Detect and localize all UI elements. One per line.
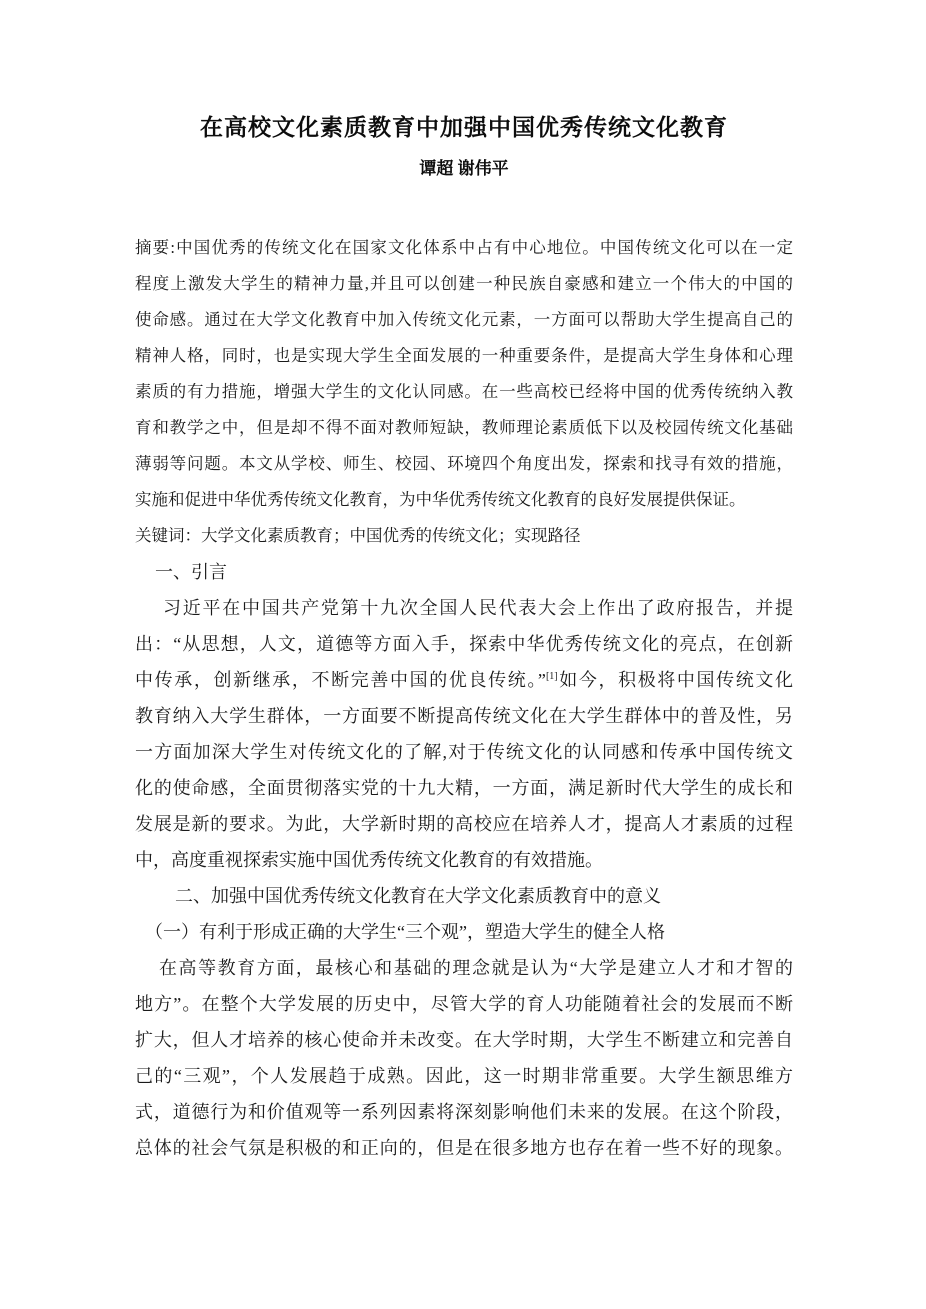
paragraph-line: 中，高度重视探索实施中国优秀传统文化教育的有效措施。 (135, 842, 793, 878)
introduction-paragraph: 习近平在中国共产党第十九次全国人民代表大会上作出了政府报告，并提 出：“从思想，… (135, 590, 793, 878)
section-heading-introduction: 一、引言 (135, 554, 793, 590)
paragraph-line: 教育纳入大学生群体，一方面要不断提高传统文化在大学生群体中的普及性，另 (135, 698, 793, 734)
abstract-line: 摘要:中国优秀的传统文化在国家文化体系中占有中心地位。中国传统文化可以在一定 (135, 230, 793, 266)
paragraph-line: 总体的社会气氛是积极的和正向的，但是在很多地方也存在着一些不好的现象。 (135, 1130, 793, 1166)
paper-title: 在高校文化素质教育中加强中国优秀传统文化教育 (135, 112, 793, 144)
section-heading-significance: 二、加强中国优秀传统文化教育在大学文化素质教育中的意义 (135, 878, 793, 914)
abstract-line: 程度上激发大学生的精神力量,并且可以创建一种民族自豪感和建立一个伟大的中国的 (135, 266, 793, 302)
paragraph-line: 习近平在中国共产党第十九次全国人民代表大会上作出了政府报告，并提 (135, 590, 793, 626)
abstract-line: 使命感。通过在大学文化教育中加入传统文化元素，一方面可以帮助大学生提高自己的 (135, 302, 793, 338)
document-content: 在高校文化素质教育中加强中国优秀传统文化教育 谭超 谢伟平 摘要:中国优秀的传统… (135, 0, 793, 1166)
citation-ref-1: [1] (546, 671, 558, 682)
paragraph-line: 一方面加深大学生对传统文化的了解,对于传统文化的认同感和传承中国传统文 (135, 734, 793, 770)
document-page: 在高校文化素质教育中加强中国优秀传统文化教育 谭超 谢伟平 摘要:中国优秀的传统… (0, 0, 926, 1309)
abstract-line: 育和教学之中，但是却不得不面对教师短缺，教师理论素质低下以及校园传统文化基础 (135, 410, 793, 446)
line-text: 如今，积极将中国传统文化 (558, 670, 793, 690)
paragraph-line: 式，道德行为和价值观等一系列因素将深刻影响他们未来的发展。在这个阶段， (135, 1094, 793, 1130)
paragraph-line-with-citation: 中传承，创新继承，不断完善中国的优良传统。”[1]如今，积极将中国传统文化 (135, 662, 793, 698)
paper-authors: 谭超 谢伟平 (135, 156, 793, 182)
paragraph-line: 发展是新的要求。为此，大学新时期的高校应在培养人才，提高人才素质的过程 (135, 806, 793, 842)
subsection-heading-1: （一）有利于形成正确的大学生“三个观”，塑造大学生的健全人格 (135, 914, 793, 950)
paragraph-line: 化的使命感，全面贯彻落实党的十九大精，一方面，满足新时代大学生的成长和 (135, 770, 793, 806)
abstract-line: 实施和促进中华优秀传统文化教育，为中华优秀传统文化教育的良好发展提供保证。 (135, 482, 793, 518)
abstract-section: 摘要:中国优秀的传统文化在国家文化体系中占有中心地位。中国传统文化可以在一定 程… (135, 230, 793, 518)
keywords-line: 关键词：大学文化素质教育；中国优秀的传统文化；实现路径 (135, 518, 793, 554)
paragraph-line: 扩大，但人才培养的核心使命并未改变。在大学时期，大学生不断建立和完善自 (135, 1022, 793, 1058)
line-text: 中传承，创新继承，不断完善中国的优良传统。” (135, 670, 546, 690)
abstract-line: 薄弱等问题。本文从学校、师生、校园、环境四个角度出发，探索和找寻有效的措施， (135, 446, 793, 482)
abstract-line: 精神人格，同时，也是实现大学生全面发展的一种重要条件，是提高大学生身体和心理 (135, 338, 793, 374)
abstract-line: 素质的有力措施，增强大学生的文化认同感。在一些高校已经将中国的优秀传统纳入教 (135, 374, 793, 410)
paragraph-line: 地方”。在整个大学发展的历史中，尽管大学的育人功能随着社会的发展而不断 (135, 986, 793, 1022)
paragraph-line: 己的“三观”，个人发展趋于成熟。因此，这一时期非常重要。大学生额思维方 (135, 1058, 793, 1094)
paragraph-line: 出：“从思想，人文，道德等方面入手，探索中华优秀传统文化的亮点，在创新 (135, 626, 793, 662)
paragraph-line: 在高等教育方面，最核心和基础的理念就是认为“大学是建立人才和才智的 (135, 950, 793, 986)
significance-paragraph: 在高等教育方面，最核心和基础的理念就是认为“大学是建立人才和才智的 地方”。在整… (135, 950, 793, 1166)
